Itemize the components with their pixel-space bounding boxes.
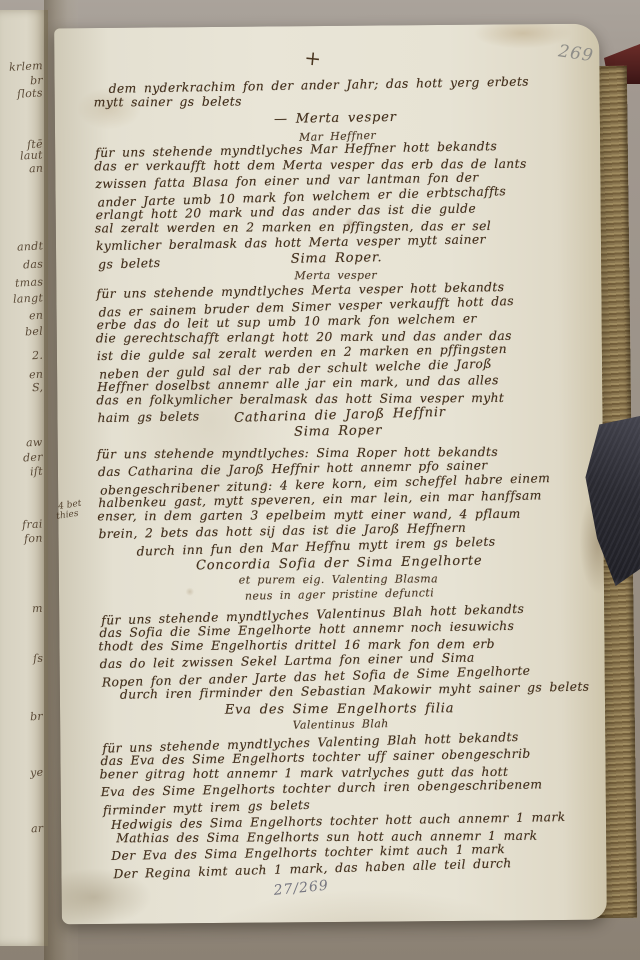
- left-page-text-fragment: aw: [26, 436, 43, 450]
- left-page-text-fragment: bel: [25, 325, 44, 339]
- left-page-text-fragment: en: [28, 309, 43, 323]
- left-page-text-fragment: ar: [30, 822, 43, 836]
- archival-number-pencil: 27/269: [273, 878, 330, 899]
- left-page-text-fragment: laut: [20, 148, 43, 162]
- left-page-text-fragment: ſlots: [17, 86, 43, 100]
- manuscript-text-block: dem nyderkrachim fon der ander Jahr; das…: [95, 76, 583, 878]
- photo-backdrop: krlem br ſlots ſtē laut an andt das tmas…: [0, 0, 640, 960]
- manuscript-page: + 269 dem nyderkrachim fon der ander Jah…: [54, 24, 607, 925]
- left-page-text-fragment: br: [30, 710, 44, 724]
- left-page-text-fragment: der: [23, 450, 43, 464]
- left-page-text-fragment: en: [28, 368, 43, 382]
- left-page-text-fragment: 2.: [32, 349, 44, 363]
- page-number-pencil: 269: [557, 41, 595, 66]
- left-page-text-fragment: an: [28, 162, 43, 176]
- left-page-text-fragment: das: [23, 257, 44, 271]
- left-page-text-fragment: tmas: [14, 275, 43, 289]
- left-page-text-fragment: andt: [16, 239, 43, 253]
- cross-mark: +: [303, 45, 322, 70]
- left-page-text-fragment: ye: [29, 766, 43, 780]
- left-page-text-fragment: krlem: [9, 59, 44, 74]
- margin-note: thies: [56, 509, 79, 522]
- left-page-text-fragment: S,: [31, 381, 43, 395]
- left-page-text-fragment: br: [30, 74, 44, 88]
- left-page-text-fragment: frai: [22, 517, 43, 531]
- left-page-text-fragment: ſs: [32, 652, 43, 666]
- left-page-text-fragment: langt: [13, 291, 44, 306]
- left-page-text-fragment: m: [32, 602, 43, 616]
- left-page-text-fragment: fon: [24, 532, 43, 546]
- left-page-text-fragment: iſt: [30, 465, 44, 479]
- previous-page-edge: krlem br ſlots ſtē laut an andt das tmas…: [0, 10, 48, 946]
